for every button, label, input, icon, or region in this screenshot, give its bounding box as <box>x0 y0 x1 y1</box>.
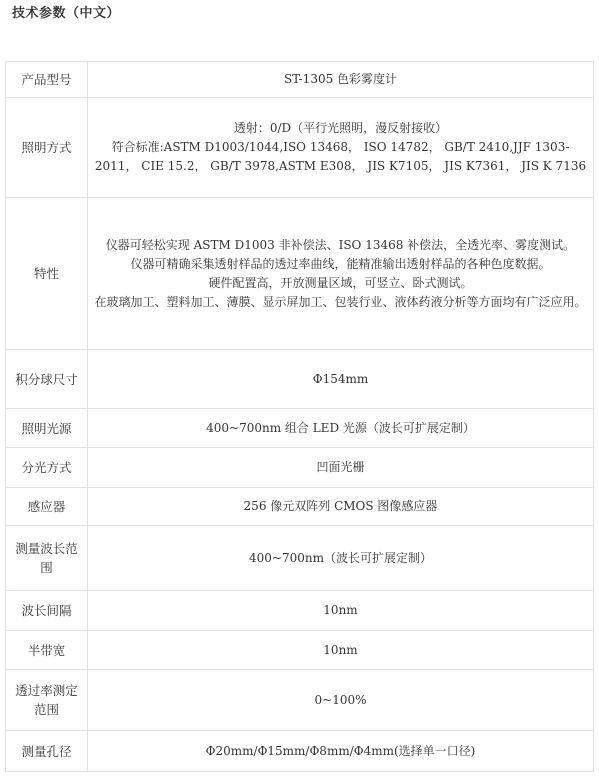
row-value: 凹面光栅 <box>88 448 594 488</box>
value-line: 400~700nm 组合 LED 光源（波长可扩展定制） <box>94 419 587 438</box>
table-row: 感应器 256 像元双阵列 CMOS 图像感应器 <box>6 488 594 526</box>
row-label: 照明光源 <box>6 409 88 448</box>
row-value: 400~700nm（波长可扩展定制） <box>88 526 594 591</box>
row-value: Φ154mm <box>88 350 594 409</box>
value-line: 透射：0/D（平行光照明，漫反射接收） <box>94 119 587 138</box>
row-label: 积分球尺寸 <box>6 350 88 409</box>
value-line: Φ20mm/Φ15mm/Φ8mm/Φ4mm(选择单一口径) <box>94 742 587 761</box>
row-value: 256 像元双阵列 CMOS 图像感应器 <box>88 488 594 526</box>
table-row: 特性 仪器可轻松实现 ASTM D1003 非补偿法、ISO 13468 补偿法… <box>6 198 594 350</box>
table-row: 产品型号 ST-1305 色彩雾度计 <box>6 62 594 98</box>
row-value: 透射：0/D（平行光照明，漫反射接收） 符合标准:ASTM D1003/1044… <box>88 98 594 198</box>
value-line: 10nm <box>94 601 587 620</box>
row-value: 仪器可轻松实现 ASTM D1003 非补偿法、ISO 13468 补偿法，全透… <box>88 198 594 350</box>
row-label: 产品型号 <box>6 62 88 98</box>
row-label: 感应器 <box>6 488 88 526</box>
row-label: 波长间隔 <box>6 591 88 631</box>
row-value: 10nm <box>88 631 594 670</box>
row-label: 半带宽 <box>6 631 88 670</box>
row-value: 0~100% <box>88 670 594 731</box>
value-line: 凹面光栅 <box>94 458 587 477</box>
row-label: 特性 <box>6 198 88 350</box>
table-row: 透过率测定范围 0~100% <box>6 670 594 731</box>
table-row: 照明光源 400~700nm 组合 LED 光源（波长可扩展定制） <box>6 409 594 448</box>
value-line: 0~100% <box>94 691 587 710</box>
spec-table: 产品型号 ST-1305 色彩雾度计 照明方式 透射：0/D（平行光照明，漫反射… <box>5 61 594 772</box>
value-line: 仪器可精确采集透射样品的透过率曲线，能精准输出透射样品的各种色度数据。 <box>94 255 587 274</box>
table-row: 测量波长范围 400~700nm（波长可扩展定制） <box>6 526 594 591</box>
row-value: 10nm <box>88 591 594 631</box>
value-line: ST-1305 色彩雾度计 <box>94 70 587 89</box>
value-line: 仪器可轻松实现 ASTM D1003 非补偿法、ISO 13468 补偿法，全透… <box>94 236 587 255</box>
row-label: 测量波长范围 <box>6 526 88 591</box>
table-row: 照明方式 透射：0/D（平行光照明，漫反射接收） 符合标准:ASTM D1003… <box>6 98 594 198</box>
value-line: Φ154mm <box>94 370 587 389</box>
value-line: 400~700nm（波长可扩展定制） <box>94 549 587 568</box>
page-title: 技术参数（中文） <box>12 2 120 21</box>
table-row: 分光方式 凹面光栅 <box>6 448 594 488</box>
value-line: 10nm <box>94 641 587 660</box>
table-row: 波长间隔 10nm <box>6 591 594 631</box>
row-value: Φ20mm/Φ15mm/Φ8mm/Φ4mm(选择单一口径) <box>88 731 594 772</box>
table-row: 测量孔径 Φ20mm/Φ15mm/Φ8mm/Φ4mm(选择单一口径) <box>6 731 594 772</box>
row-label: 照明方式 <box>6 98 88 198</box>
value-line: 在玻璃加工、塑料加工、薄膜、显示屏加工、包装行业、液体药液分析等方面均有广泛应用… <box>94 293 587 312</box>
value-line: 符合标准:ASTM D1003/1044,ISO 13468， ISO 1478… <box>94 138 587 176</box>
row-label: 分光方式 <box>6 448 88 488</box>
row-label: 测量孔径 <box>6 731 88 772</box>
row-label: 透过率测定范围 <box>6 670 88 731</box>
row-value: ST-1305 色彩雾度计 <box>88 62 594 98</box>
value-line: 256 像元双阵列 CMOS 图像感应器 <box>94 497 587 516</box>
table-row: 积分球尺寸 Φ154mm <box>6 350 594 409</box>
value-line: 硬件配置高，开放测量区域，可竖立、卧式测试。 <box>94 274 587 293</box>
row-value: 400~700nm 组合 LED 光源（波长可扩展定制） <box>88 409 594 448</box>
table-row: 半带宽 10nm <box>6 631 594 670</box>
